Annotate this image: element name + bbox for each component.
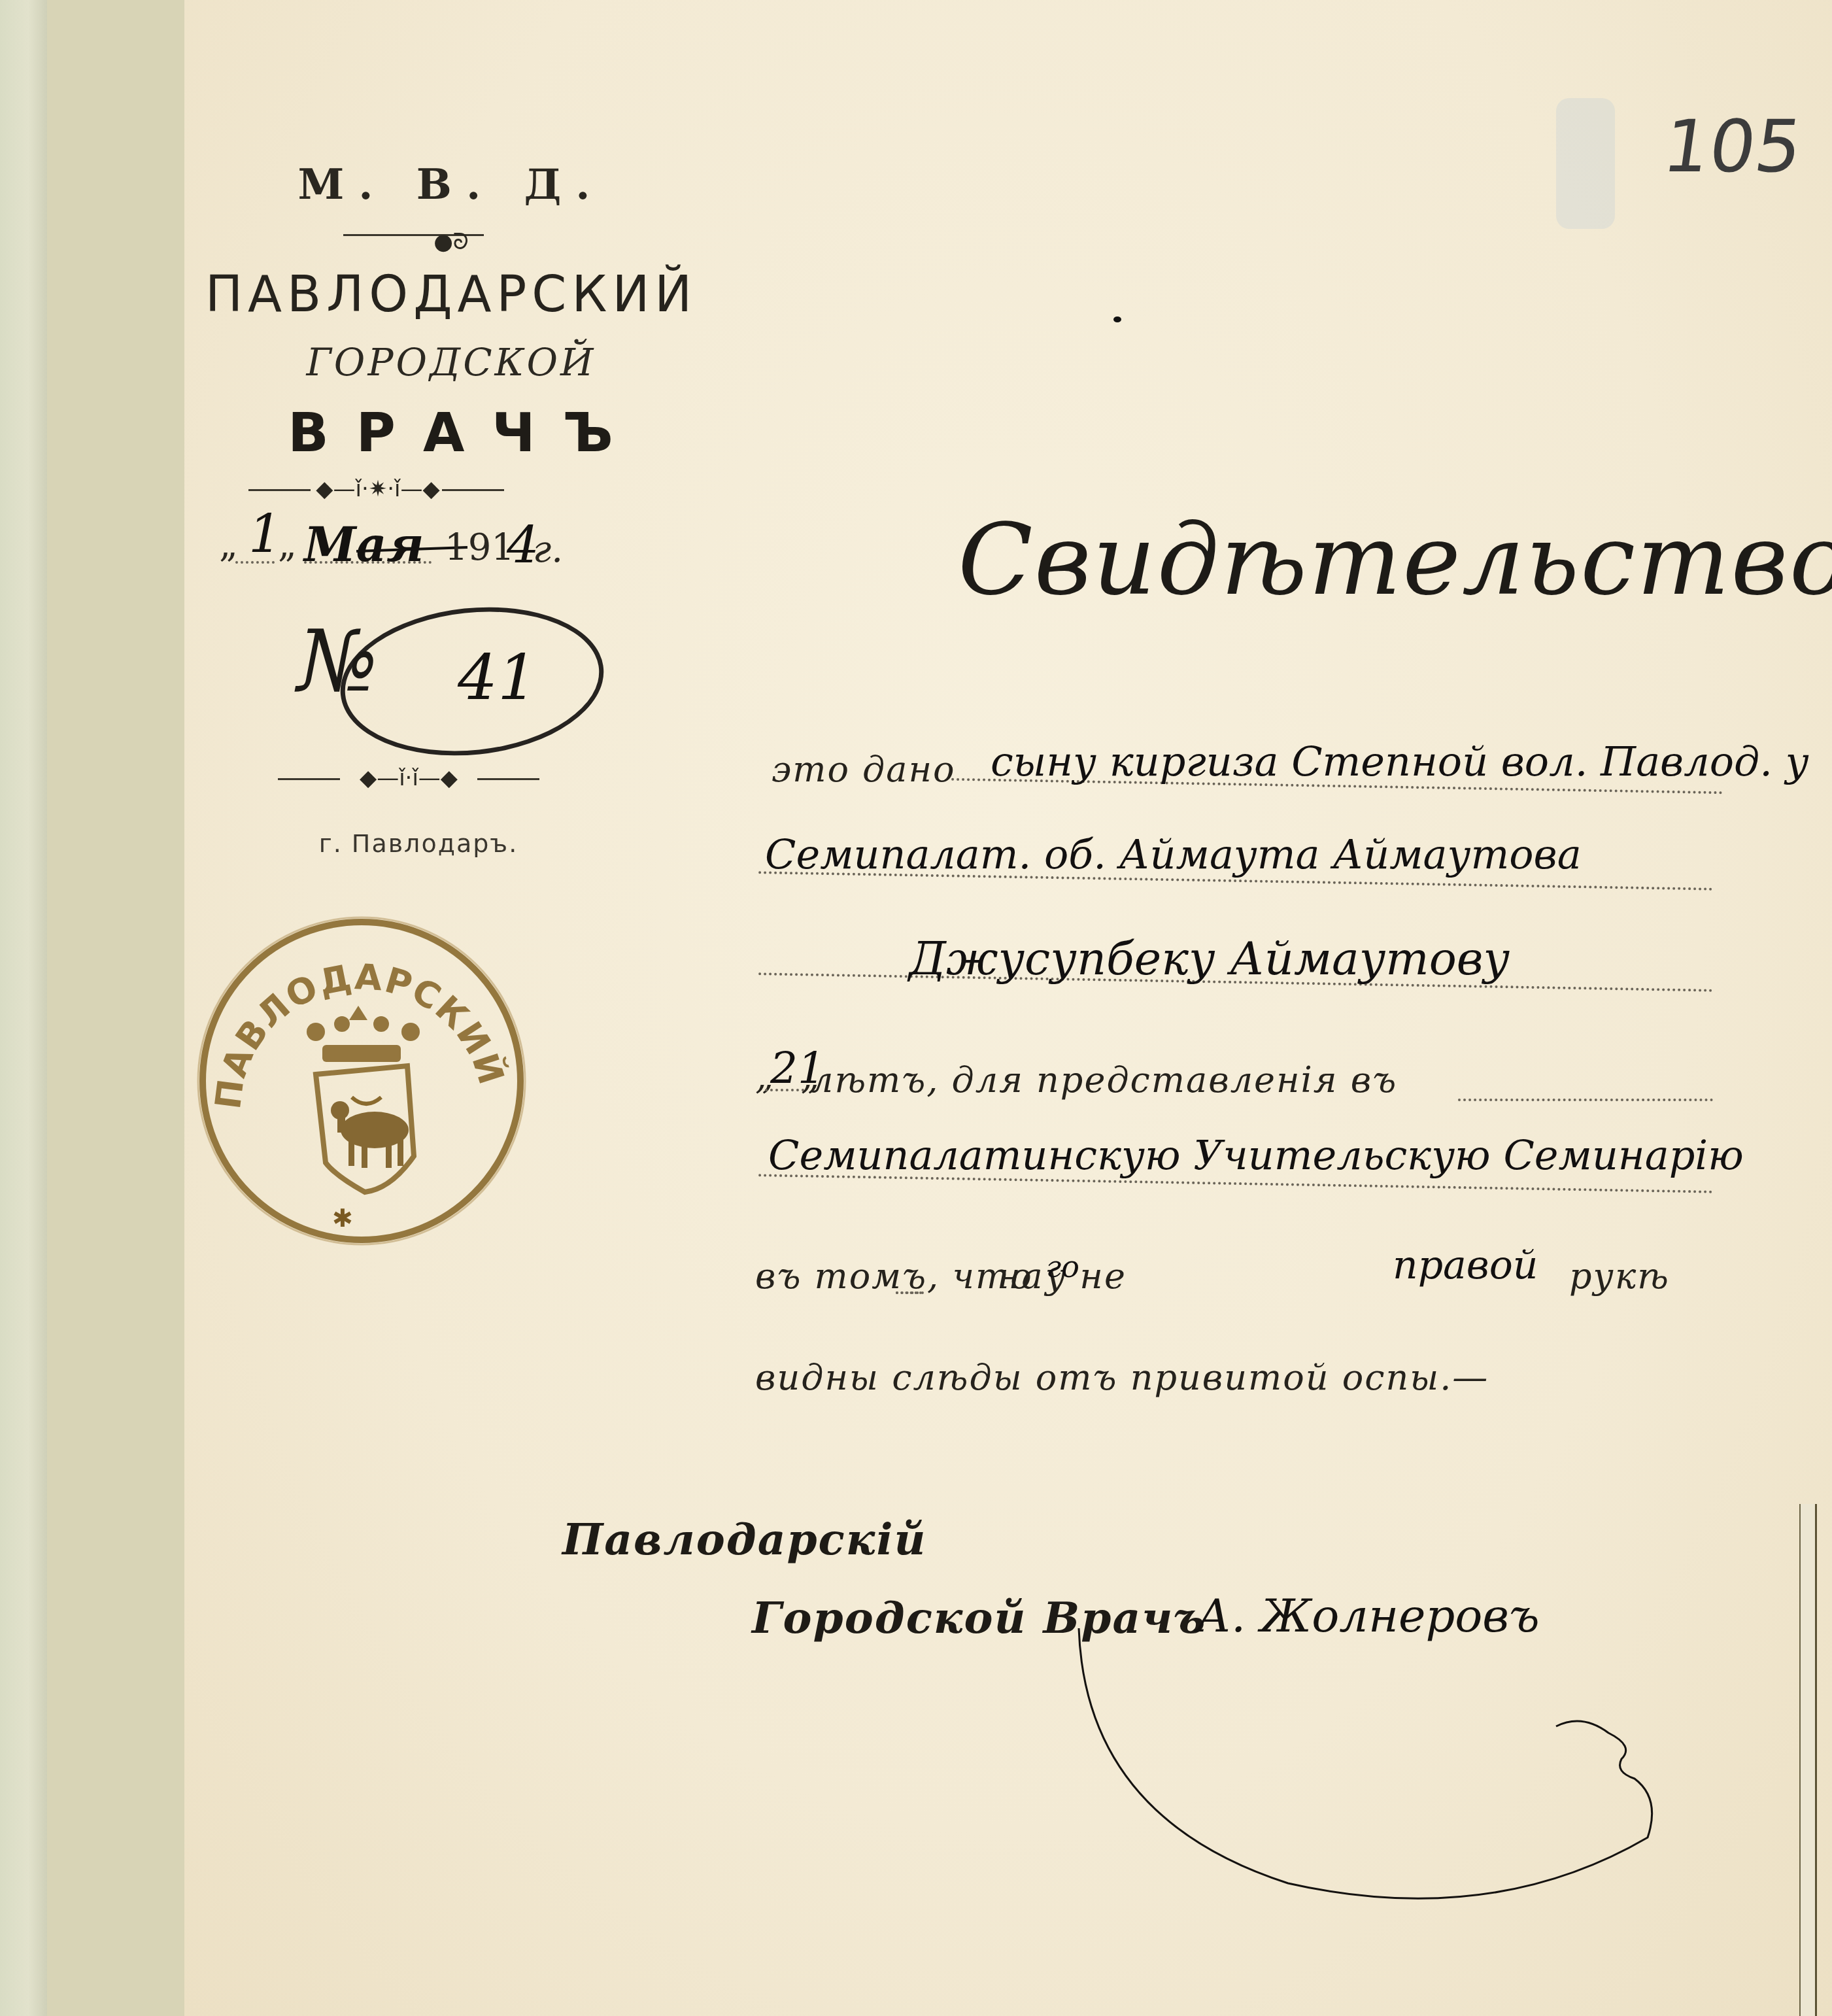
handwritten-recipient-line1: сыну киргиза Степной вол. Павлод. у [991, 738, 1809, 785]
divider-rule [477, 778, 539, 780]
date-close-quote: „ [278, 523, 297, 566]
divider-rule [442, 489, 504, 491]
binding-strip-inner [47, 0, 186, 2016]
official-seal-stamp: ПАВЛОДАРСКИЙ ГОРОДСКОЙ ВРАЧЪ ✱ [195, 914, 528, 1248]
printed-given-to: это дано [772, 749, 956, 790]
handwritten-recipient-line2: Семипалат. об. Аймаута Аймаутова [765, 830, 1582, 878]
camel-icon [331, 1101, 409, 1168]
binding-strip-outer [0, 0, 47, 2016]
underlying-page-edge [1799, 1504, 1817, 2016]
crescent-icon [352, 1097, 381, 1104]
stamp-star-icon: ✱ [332, 1204, 353, 1233]
folio-number: 105 [1658, 105, 1807, 188]
letterhead-city: ПАВЛОДАРСКИЙ [205, 265, 697, 323]
divider-ornament-icon: ◆—ǐ·ǐ—◆ [360, 765, 458, 791]
date-open-quote: „ [219, 523, 238, 566]
crown-icon [307, 1006, 420, 1062]
printed-vaccination-statement: видны слѣды отъ привитой оспы.— [755, 1357, 1489, 1398]
ministry-abbreviation: М. В. Д. [297, 160, 604, 209]
divider-rule [248, 489, 311, 491]
fill-line-4 [1458, 1099, 1713, 1101]
handwritten-recipient-name: Джусупбеку Аймаутову [909, 932, 1510, 985]
divider-ornament-icon: ◆—ǐ·✷·ǐ—◆ [316, 476, 439, 502]
date-year-abbr: г. [533, 528, 563, 571]
ornament-flourish-icon: ●ᘐ [433, 229, 469, 255]
city-line: г. Павлодаръ. [319, 829, 518, 858]
printed-arm: рукѣ [1569, 1256, 1670, 1297]
fill-line-6a [896, 1291, 924, 1294]
document-title: Свидѣтельство [958, 504, 1832, 617]
signatory-title-line1: Павлодарскій [562, 1514, 927, 1565]
date-year-prefix: 191 [445, 526, 515, 569]
faded-blue-mark [1556, 98, 1615, 229]
handwritten-pronoun-ending: го [1046, 1249, 1079, 1284]
divider-rule [278, 778, 340, 780]
number-sign: № [297, 611, 378, 711]
signature-flourish [1072, 1622, 1661, 1936]
document-number: 41 [458, 641, 537, 714]
ink-speck [1113, 316, 1121, 322]
handwritten-which-arm: правой [1393, 1242, 1538, 1288]
handwritten-institution: Семипалатинскую Учительскую Семинарію [768, 1131, 1744, 1179]
date-month: Мая [304, 517, 424, 572]
printed-years-for-presentation: лѣтъ, для представленія въ [811, 1059, 1397, 1101]
printed-on: на [997, 1256, 1044, 1297]
letterhead-office: ВРАЧЪ [288, 402, 640, 464]
letterhead-city-type: ГОРОДСКОЙ [306, 340, 596, 384]
date-day: 1 [248, 504, 282, 564]
